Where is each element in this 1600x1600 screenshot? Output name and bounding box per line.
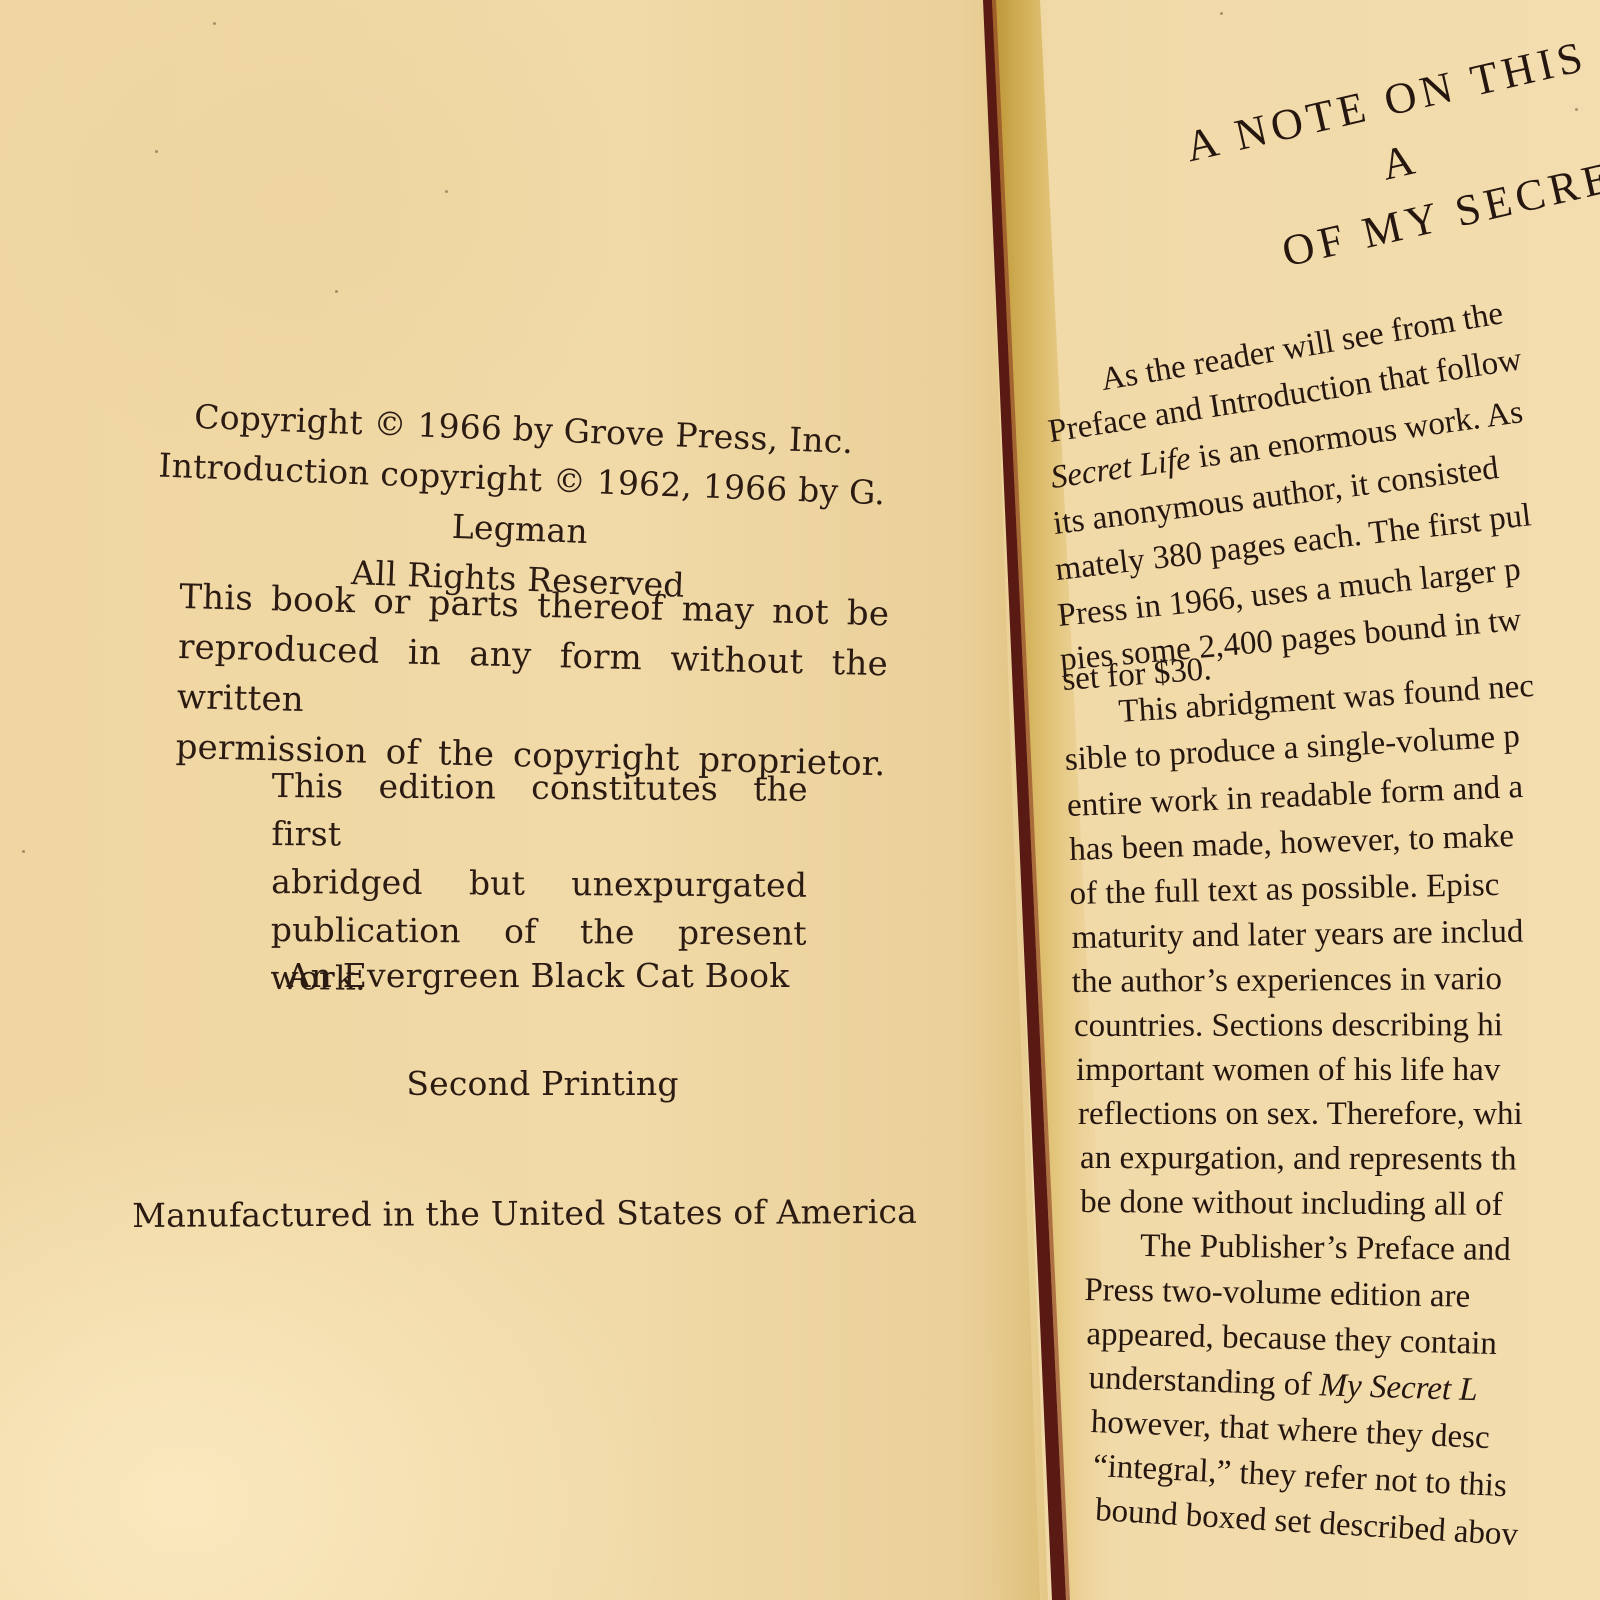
body-line: Press two-volume edition are xyxy=(1084,1268,1471,1319)
body-line: The Publisher’s Preface and xyxy=(1140,1224,1511,1272)
body-line: the author’s experiences in vario xyxy=(1072,957,1502,1004)
body-line: maturity and later years are includ xyxy=(1071,910,1523,960)
paper-speck xyxy=(213,22,216,25)
book-spread: Copyright © 1966 by Grove Press, Inc. In… xyxy=(0,0,1600,1600)
edition-notice-line: abridged but unexpurgated xyxy=(271,858,807,910)
italic-title: My Secret L xyxy=(1319,1367,1478,1408)
paper-speck xyxy=(335,290,338,293)
body-line: be done without including all of xyxy=(1080,1180,1503,1227)
body-line: an expurgation, and represents th xyxy=(1080,1136,1517,1182)
edition-notice-line: This edition constitutes the first xyxy=(271,762,808,862)
imprint-name: An Evergreen Black Cat Book xyxy=(278,952,798,1000)
printing-number: Second Printing xyxy=(405,1060,680,1108)
body-line: reflections on sex. Therefore, whi xyxy=(1078,1092,1523,1136)
manufactured-notice: Manufactured in the United States of Ame… xyxy=(122,1188,927,1240)
paper-speck xyxy=(445,190,448,193)
paper-speck xyxy=(155,150,158,153)
paper-speck xyxy=(22,850,25,853)
body-line: important women of his life hav xyxy=(1076,1048,1500,1092)
reproduction-notice: This book or parts thereof may not be re… xyxy=(175,572,890,789)
body-line: of the full text as possible. Episc xyxy=(1069,863,1500,916)
paper-speck xyxy=(1220,12,1223,15)
paper-speck xyxy=(1575,108,1578,111)
reproduction-notice-line: reproduced in any form without the writt… xyxy=(176,622,888,739)
body-line: countries. Sections describing hi xyxy=(1074,1003,1503,1048)
